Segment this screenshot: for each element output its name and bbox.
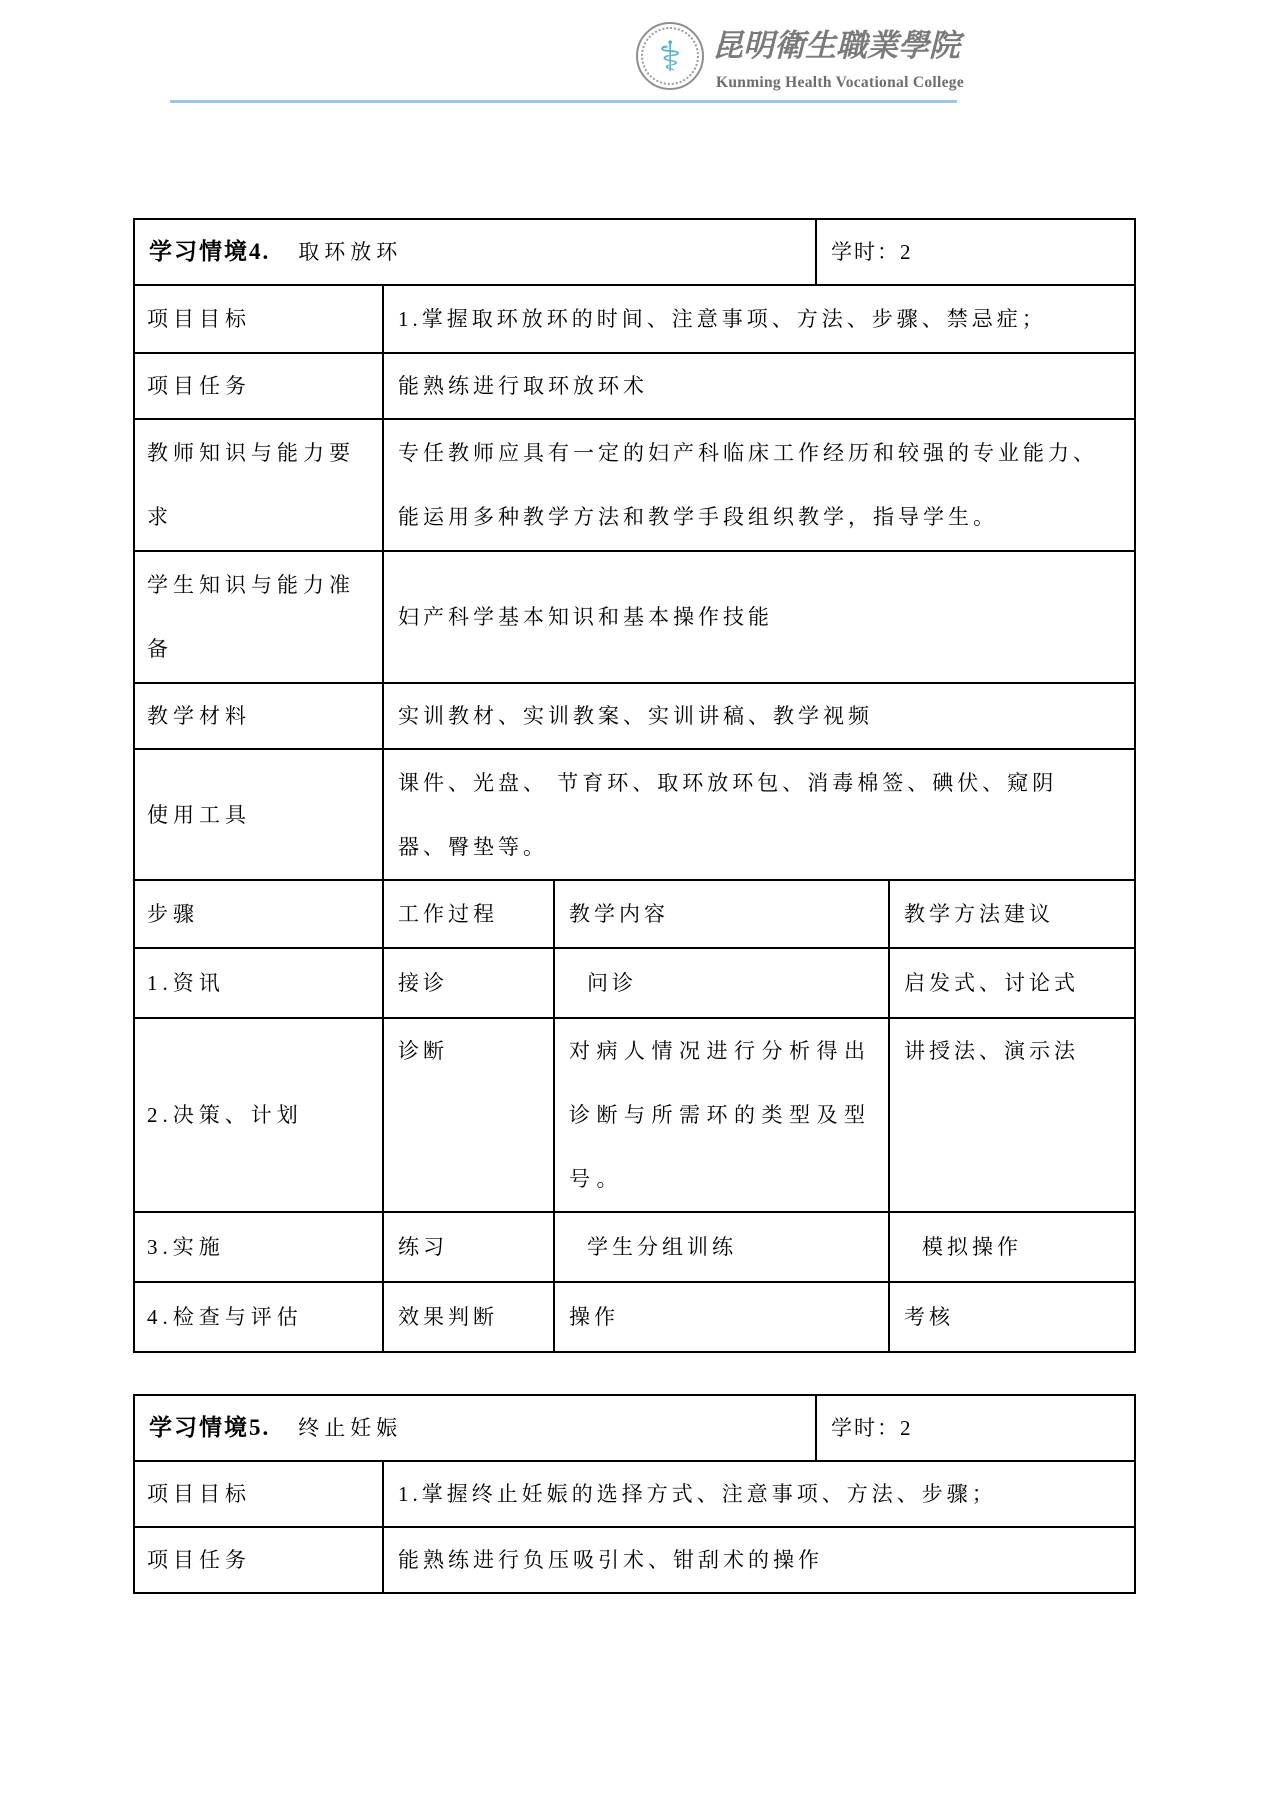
situation-name: 取环放环	[298, 240, 402, 264]
table-row: 教学材料 实训教材、实训教案、实训讲稿、教学视频	[134, 683, 1135, 749]
steps-header-method: 教学方法建议	[889, 880, 1135, 948]
college-name-english: Kunming Health Vocational College	[716, 74, 964, 92]
cell-value: 妇产科学基本知识和基本操作技能	[383, 551, 1135, 683]
table-row-step: 3.实施 练习 学生分组训练 模拟操作	[134, 1212, 1135, 1282]
cell-label: 学生知识与能力准备	[134, 551, 383, 683]
situation-name: 终止妊娠	[298, 1416, 402, 1440]
cell-value: 能熟练进行取环放环术	[383, 353, 1135, 419]
table-row: 项目目标 1.掌握终止妊娠的选择方式、注意事项、方法、步骤；	[134, 1461, 1135, 1527]
document-page: ⚕ 昆明衛生職業學院 Kunming Health Vocational Col…	[0, 0, 1274, 1801]
steps-header-content: 教学内容	[554, 880, 889, 948]
cell-label: 项目目标	[134, 285, 383, 353]
table-row-title: 学习情境4.取环放环 学时：2	[134, 219, 1135, 285]
step-cell: 2.决策、计划	[134, 1018, 383, 1212]
table-row: 使用工具 课件、光盘、 节育环、取环放环包、消毒棉签、碘伏、窥阴器、臀垫等。	[134, 749, 1135, 880]
table-row: 项目目标 1.掌握取环放环的时间、注意事项、方法、步骤、禁忌症；	[134, 285, 1135, 353]
steps-header-process: 工作过程	[383, 880, 554, 948]
situation-title-cell: 学习情境5.终止妊娠	[134, 1395, 816, 1461]
cell-label: 项目目标	[134, 1461, 383, 1527]
process-cell: 效果判断	[383, 1282, 554, 1352]
table-row-step: 2.决策、计划 诊断 对病人情况进行分析得出诊断与所需环的类型及型号。 讲授法、…	[134, 1018, 1135, 1212]
cell-label: 使用工具	[134, 749, 383, 880]
step-cell: 1.资讯	[134, 948, 383, 1018]
cell-label: 项目任务	[134, 1527, 383, 1593]
method-cell: 模拟操作	[889, 1212, 1135, 1282]
class-hours-cell: 学时：2	[816, 219, 1135, 285]
content-cell: 对病人情况进行分析得出诊断与所需环的类型及型号。	[554, 1018, 889, 1212]
content-cell: 操作	[554, 1282, 889, 1352]
process-cell: 接诊	[383, 948, 554, 1018]
method-cell: 考核	[889, 1282, 1135, 1352]
method-cell: 启发式、讨论式	[889, 948, 1135, 1018]
situation-number: 学习情境4.	[149, 239, 270, 264]
header-divider	[170, 100, 957, 103]
table-row-step: 1.资讯 接诊 问诊 启发式、讨论式	[134, 948, 1135, 1018]
caduceus-icon: ⚕	[638, 24, 702, 88]
step-cell: 4.检查与评估	[134, 1282, 383, 1352]
step-cell: 3.实施	[134, 1212, 383, 1282]
process-cell: 诊断	[383, 1018, 554, 1212]
table-row-step: 4.检查与评估 效果判断 操作 考核	[134, 1282, 1135, 1352]
content-cell: 问诊	[554, 948, 889, 1018]
process-cell: 练习	[383, 1212, 554, 1282]
cell-label: 教师知识与能力要求	[134, 419, 383, 551]
situation-title-cell: 学习情境4.取环放环	[134, 219, 816, 285]
cell-label: 项目任务	[134, 353, 383, 419]
class-hours-cell: 学时：2	[816, 1395, 1135, 1461]
cell-value: 1.掌握终止妊娠的选择方式、注意事项、方法、步骤；	[383, 1461, 1135, 1527]
cell-label: 教学材料	[134, 683, 383, 749]
table-row: 项目任务 能熟练进行负压吸引术、钳刮术的操作	[134, 1527, 1135, 1593]
content-cell: 学生分组训练	[554, 1212, 889, 1282]
college-name-calligraphy: 昆明衛生職業學院	[712, 26, 962, 66]
steps-header-step: 步骤	[134, 880, 383, 948]
cell-value: 实训教材、实训教案、实训讲稿、教学视频	[383, 683, 1135, 749]
table-row: 项目任务 能熟练进行取环放环术	[134, 353, 1135, 419]
cell-value: 能熟练进行负压吸引术、钳刮术的操作	[383, 1527, 1135, 1593]
situation-number: 学习情境5.	[149, 1415, 270, 1440]
cell-value: 1.掌握取环放环的时间、注意事项、方法、步骤、禁忌症；	[383, 285, 1135, 353]
table-row-steps-header: 步骤 工作过程 教学内容 教学方法建议	[134, 880, 1135, 948]
table-row-title: 学习情境5.终止妊娠 学时：2	[134, 1395, 1135, 1461]
table-row: 学生知识与能力准备 妇产科学基本知识和基本操作技能	[134, 551, 1135, 683]
college-logo: ⚕	[636, 22, 704, 90]
cell-value: 课件、光盘、 节育环、取环放环包、消毒棉签、碘伏、窥阴器、臀垫等。	[383, 749, 1135, 880]
learning-situation-5-table: 学习情境5.终止妊娠 学时：2 项目目标 1.掌握终止妊娠的选择方式、注意事项、…	[133, 1394, 1136, 1594]
learning-situation-4-table: 学习情境4.取环放环 学时：2 项目目标 1.掌握取环放环的时间、注意事项、方法…	[133, 218, 1136, 1353]
cell-value: 专任教师应具有一定的妇产科临床工作经历和较强的专业能力、能运用多种教学方法和教学…	[383, 419, 1135, 551]
table-row: 教师知识与能力要求 专任教师应具有一定的妇产科临床工作经历和较强的专业能力、能运…	[134, 419, 1135, 551]
method-cell: 讲授法、演示法	[889, 1018, 1135, 1212]
